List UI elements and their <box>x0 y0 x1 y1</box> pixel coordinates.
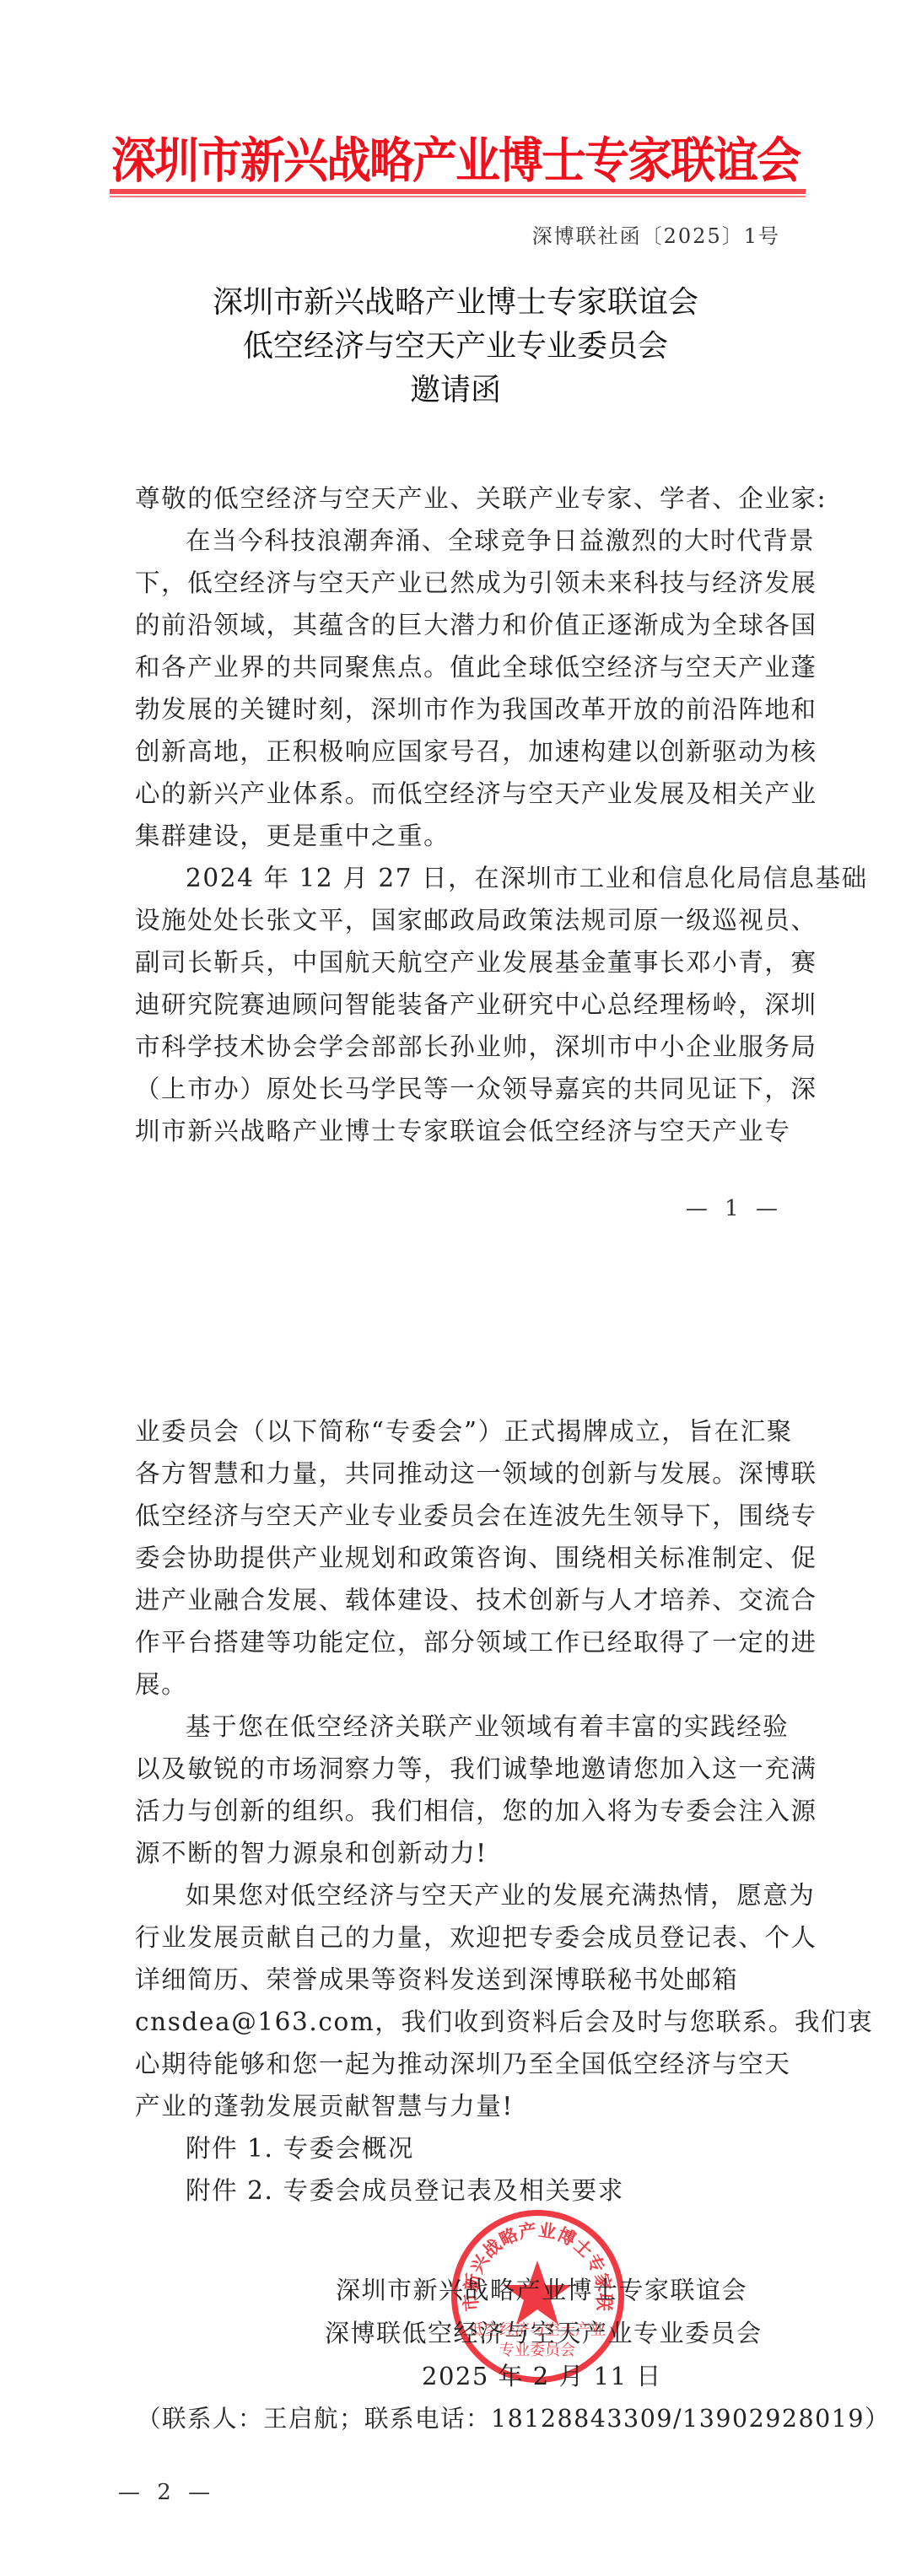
masthead-divider-thin <box>110 196 806 197</box>
body-line: 业委员会（以下简称“专委会”）正式揭牌成立，旨在汇聚 <box>135 1410 784 1452</box>
document-number: 深博联社函〔2025〕1号 <box>532 219 780 249</box>
page2-body: 业委员会（以下简称“专委会”）正式揭牌成立，旨在汇聚 各方智慧和力量，共同推动这… <box>135 1410 784 2212</box>
body-line: 的前沿领域，其蕴含的巨大潜力和价值正逐渐成为全球各国 <box>135 604 784 646</box>
title-line-1: 深圳市新兴战略产业博士专家联谊会 <box>0 278 911 321</box>
body-line: 作平台搭建等功能定位，部分领域工作已经取得了一定的进 <box>135 1621 784 1663</box>
masthead-org-name: 深圳市新兴战略产业博士专家联谊会 <box>0 122 911 191</box>
body-line: 行业发展贡献自己的力量，欢迎把专委会成员登记表、个人 <box>135 1916 784 1959</box>
body-line: 活力与创新的组织。我们相信，您的加入将为专委会注入源 <box>135 1790 784 1832</box>
title-line-2: 低空经济与空天产业专业委员会 <box>0 322 911 365</box>
body-line: 以及敏锐的市场洞察力等，我们诚挚地邀请您加入这一充满 <box>135 1748 784 1790</box>
body-line: 进产业融合发展、载体建设、技术创新与人才培养、交流合 <box>135 1579 784 1621</box>
body-line: 在当今科技浪潮奔涌、全球竞争日益激烈的大时代背景 <box>135 520 784 562</box>
body-line: 2024 年 12 月 27 日，在深圳市工业和信息化局信息基础 <box>135 857 784 899</box>
page1-body: 尊敬的低空经济与空天产业、关联产业专家、学者、企业家: 在当今科技浪潮奔涌、全球… <box>135 477 784 1152</box>
signature-org-1: 深圳市新兴战略产业博士专家联谊会 <box>336 2272 747 2306</box>
body-line: 如果您对低空经济与空天产业的发展充满热情，愿意为 <box>135 1874 784 1916</box>
body-line: 基于您在低空经济关联产业领域有着丰富的实践经验 <box>135 1706 784 1748</box>
signature-date: 2025 年 2 月 11 日 <box>422 2358 662 2392</box>
attachment-2: 附件 2. 专委会成员登记表及相关要求 <box>135 2169 784 2212</box>
body-line: 各方智慧和力量，共同推动这一领域的创新与发展。深博联 <box>135 1452 784 1495</box>
title-line-3: 邀请函 <box>0 366 911 409</box>
body-line: 产业的蓬勃发展贡献智慧与力量! <box>135 2085 784 2127</box>
body-line: 心的新兴产业体系。而低空经济与空天产业发展及相关产业 <box>135 773 784 815</box>
contact-info: （联系人：王启航；联系电话：18128843309/13902928019） <box>137 2400 890 2434</box>
page-number-1: — 1 — <box>686 1196 783 1221</box>
body-line: 迪研究院赛迪顾问智能装备产业研究中心总经理杨岭，深圳 <box>135 984 784 1026</box>
body-line: 市科学技术协会学会部部长孙业帅，深圳市中小企业服务局 <box>135 1026 784 1068</box>
body-line: 创新高地，正积极响应国家号召，加速构建以创新驱动为核 <box>135 730 784 773</box>
body-line: 集群建设，更是重中之重。 <box>135 815 784 857</box>
body-line: 副司长靳兵，中国航天航空产业发展基金董事长邓小青，赛 <box>135 941 784 984</box>
body-line: 委会协助提供产业规划和政策咨询、围绕相关标准制定、促 <box>135 1537 784 1579</box>
body-line: 设施处处长张文平，国家邮政局政策法规司原一级巡视员、 <box>135 899 784 941</box>
body-line: （上市办）原处长马学民等一众领导嘉宾的共同见证下，深 <box>135 1068 784 1110</box>
body-line: 展。 <box>135 1663 784 1706</box>
body-line: 和各产业界的共同聚焦点。值此全球低空经济与空天产业蓬 <box>135 646 784 688</box>
signature-org-2: 深博联低空经济与空天产业专业委员会 <box>325 2315 763 2349</box>
body-line: 勃发展的关键时刻，深圳市作为我国改革开放的前沿阵地和 <box>135 688 784 730</box>
body-line: 心期待能够和您一起为推动深圳乃至全国低空经济与空天 <box>135 2043 784 2085</box>
body-line: 圳市新兴战略产业博士专家联谊会低空经济与空天产业专 <box>135 1110 784 1152</box>
body-line: 下，低空经济与空天产业已然成为引领未来科技与经济发展 <box>135 562 784 604</box>
body-line: 详细简历、荣誉成果等资料发送到深博联秘书处邮箱 <box>135 1959 784 2001</box>
body-line: 源不断的智力源泉和创新动力! <box>135 1832 784 1874</box>
page-number-2: — 2 — <box>118 2480 215 2505</box>
email-line: cnsdea@163.com，我们收到资料后会及时与您联系。我们衷 <box>135 2001 784 2043</box>
attachment-1: 附件 1. 专委会概况 <box>135 2127 784 2169</box>
body-line: 低空经济与空天产业专业委员会在连波先生领导下，围绕专 <box>135 1495 784 1537</box>
masthead-divider <box>110 189 806 194</box>
salutation: 尊敬的低空经济与空天产业、关联产业专家、学者、企业家: <box>135 477 784 520</box>
